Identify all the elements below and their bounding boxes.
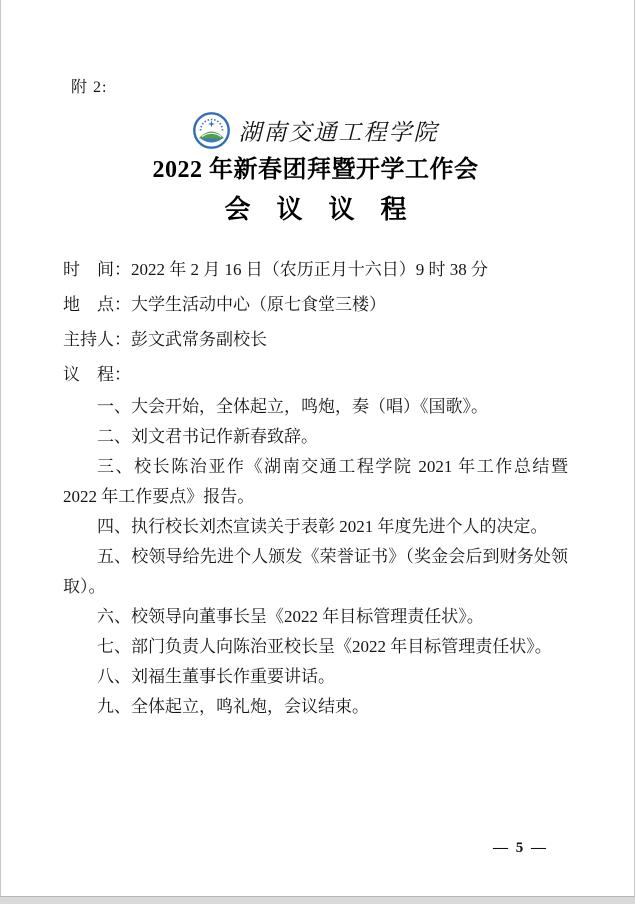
school-logo-icon (193, 112, 230, 149)
agenda-item-2: 二、刘文君书记作新春致辞。 (63, 422, 568, 452)
agenda-item-9: 九、全体起立，鸣礼炮，会议结束。 (63, 692, 568, 722)
place-label: 地 点： (63, 295, 131, 314)
document-subtitle: 会 议 议 程 (63, 194, 568, 226)
agenda-item-1: 一、大会开始，全体起立，鸣炮，奏（唱）《国歌》。 (63, 392, 568, 422)
page-number: — 5 — (493, 840, 548, 857)
host-value: 彭文武常务副校长 (131, 330, 267, 349)
annex-label: 附 2: (71, 78, 568, 98)
host-label: 主持人： (63, 330, 131, 349)
meta-row-host: 主持人：彭文武常务副校长 (63, 322, 568, 357)
meta-row-time: 时 间：2022 年 2 月 16 日（农历正月十六日）9 时 38 分 (63, 252, 568, 287)
agenda-list: 一、大会开始，全体起立，鸣炮，奏（唱）《国歌》。 二、刘文君书记作新春致辞。 三… (63, 392, 568, 722)
agenda-item-7: 七、部门负责人向陈治亚校长呈《2022 年目标管理责任状》。 (63, 632, 568, 662)
document-page: 附 2: 湖南交通工程学院 2022 年新春团拜暨开学工作会 会 议 议 程 时… (0, 0, 635, 897)
agenda-item-8: 八、刘福生董事长作重要讲话。 (63, 662, 568, 692)
place-value: 大学生活动中心（原七食堂三楼） (131, 295, 386, 314)
agenda-item-4: 四、执行校长刘杰宣读关于表彰 2021 年度先进个人的决定。 (63, 512, 568, 542)
document-title: 2022 年新春团拜暨开学工作会 (63, 154, 568, 186)
agenda-item-5: 五、校领导给先进个人颁发《荣誉证书》（奖金会后到财务处领取）。 (63, 542, 568, 602)
agenda-item-3: 三、校长陈治亚作《湖南交通工程学院 2021 年工作总结暨 2022 年工作要点… (63, 452, 568, 512)
school-header: 湖南交通工程学院 (63, 111, 568, 149)
agenda-heading-label: 议 程： (63, 365, 131, 384)
school-name: 湖南交通工程学院 (239, 114, 439, 147)
meta-row-place: 地 点：大学生活动中心（原七食堂三楼） (63, 287, 568, 322)
time-value: 2022 年 2 月 16 日（农历正月十六日）9 时 38 分 (131, 260, 488, 279)
meeting-meta: 时 间：2022 年 2 月 16 日（农历正月十六日）9 时 38 分 地 点… (63, 252, 568, 392)
agenda-item-6: 六、校领导向董事长呈《2022 年目标管理责任状》。 (63, 602, 568, 632)
meta-row-agenda-heading: 议 程： (63, 357, 568, 392)
document-content: 附 2: 湖南交通工程学院 2022 年新春团拜暨开学工作会 会 议 议 程 时… (1, 0, 634, 722)
time-label: 时 间： (63, 260, 131, 279)
